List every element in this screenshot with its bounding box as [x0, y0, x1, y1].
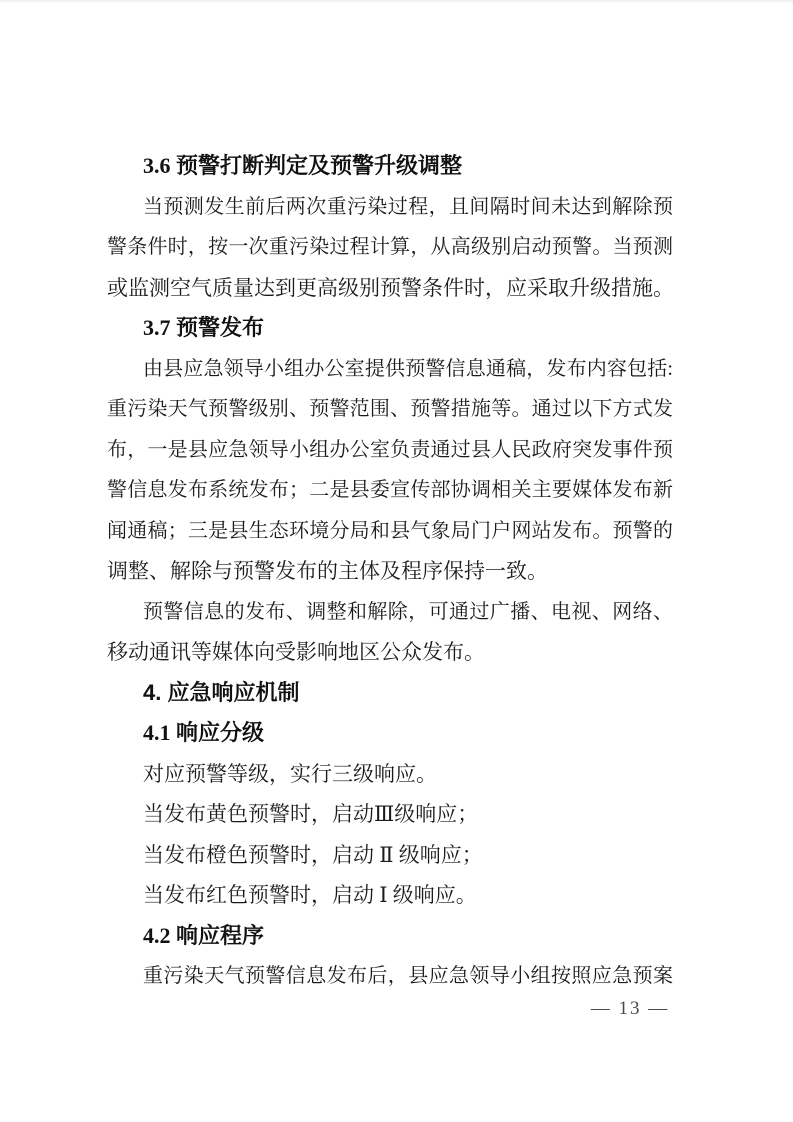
heading-line: 3.6 预警打断判定及预警升级调整	[107, 146, 673, 187]
text-line: 警信息发布系统发布；二是县委宣传部协调相关主要媒体发布新	[107, 470, 673, 511]
text-line: 当预测发生前后两次重污染过程，且间隔时间未达到解除预	[107, 187, 673, 228]
scan-edge-shadow	[0, 0, 793, 2]
text-line: 移动通讯等媒体向受影响地区公众发布。	[107, 632, 673, 673]
text-line: 当发布红色预警时，启动 Ⅰ 级响应。	[107, 875, 673, 916]
text-line: 调整、解除与预警发布的主体及程序保持一致。	[107, 551, 673, 592]
heading-line: 4.2 响应程序	[107, 916, 673, 957]
text-line: 对应预警等级，实行三级响应。	[107, 754, 673, 795]
text-line: 重污染天气预警信息发布后，县应急领导小组按照应急预案	[107, 956, 673, 997]
heading-line: 3.7 预警发布	[107, 308, 673, 349]
heading-line: 4. 应急响应机制	[107, 673, 673, 714]
text-line: 重污染天气预警级别、预警范围、预警措施等。通过以下方式发	[107, 389, 673, 430]
page-number: — 13 —	[560, 997, 700, 1021]
text-line: 预警信息的发布、调整和解除，可通过广播、电视、网络、	[107, 592, 673, 633]
document-content: 3.6 预警打断判定及预警升级调整当预测发生前后两次重污染过程，且间隔时间未达到…	[107, 146, 673, 997]
text-line: 由县应急领导小组办公室提供预警信息通稿，发布内容包括:	[107, 349, 673, 390]
text-line: 当发布橙色预警时，启动 Ⅱ 级响应；	[107, 835, 673, 876]
text-line: 或监测空气质量达到更高级别预警条件时，应采取升级措施。	[107, 268, 673, 309]
text-line: 布，一是县应急领导小组办公室负责通过县人民政府突发事件预	[107, 430, 673, 471]
text-line: 警条件时，按一次重污染过程计算，从高级别启动预警。当预测	[107, 227, 673, 268]
text-line: 闻通稿；三是县生态环境分局和县气象局门户网站发布。预警的	[107, 511, 673, 552]
heading-line: 4.1 响应分级	[107, 713, 673, 754]
text-line: 当发布黄色预警时，启动Ⅲ级响应；	[107, 794, 673, 835]
document-page: 3.6 预警打断判定及预警升级调整当预测发生前后两次重污染过程，且间隔时间未达到…	[0, 0, 793, 1122]
